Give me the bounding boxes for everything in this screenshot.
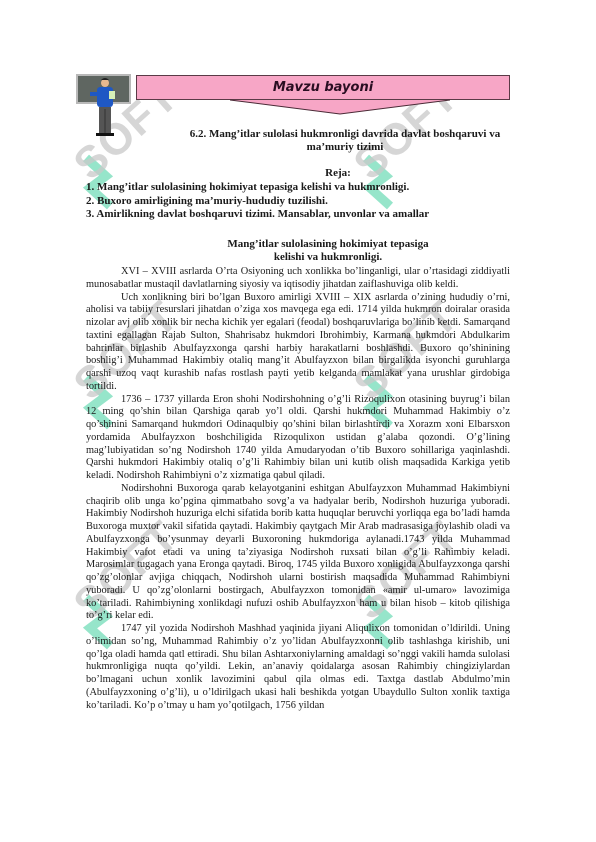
banner-title: Mavzu bayoni xyxy=(273,80,373,95)
plan-item: 3. Amirlikning davlat boshqaruvi tizimi.… xyxy=(86,208,429,222)
teacher-at-blackboard-icon xyxy=(76,74,131,138)
section-title-line2: kelishi va hukmronligi. xyxy=(60,251,596,264)
plan-item: 2. Buxoro amirligining ma’muriy-hududiy … xyxy=(86,195,429,209)
section-title: Mang’itlar sulolasining hokimiyat tepasi… xyxy=(0,238,596,264)
paragraph: Uch xonlikning biri bo’lgan Buxoro amirl… xyxy=(86,292,510,394)
chapter-title: 6.2. Mang’itlar sulolasi hukmronligi dav… xyxy=(170,128,520,154)
topic-banner: Mavzu bayoni xyxy=(136,75,510,100)
plan-list: 1. Mang’itlar sulolasining hokimiyat tep… xyxy=(86,181,429,222)
document-page: SOFT SOFT SOFT SOFT SOFT SOFT xyxy=(0,0,596,842)
plan-heading: Reja: xyxy=(0,167,596,179)
paragraph: Nodirshohni Buxoroga qarab kelayotganini… xyxy=(86,483,510,623)
plan-item: 1. Mang’itlar sulolasining hokimiyat tep… xyxy=(86,181,429,195)
paragraph: XVI – XVIII asrlarda O’rta Osiyoning uch… xyxy=(86,266,510,292)
section-title-line1: Mang’itlar sulolasining hokimiyat tepasi… xyxy=(60,238,596,251)
paragraph: 1736 – 1737 yillarda Eron shohi Nodirsho… xyxy=(86,394,510,483)
chapter-title-line2: ma’muriy tizimi xyxy=(170,141,520,154)
banner-arrow-icon xyxy=(230,99,450,115)
chapter-title-line1: 6.2. Mang’itlar sulolasi hukmronligi dav… xyxy=(170,128,520,141)
paragraph: 1747 yil yozida Nodirshoh Mashhad yaqini… xyxy=(86,623,510,712)
body-text: XVI – XVIII asrlarda O’rta Osiyoning uch… xyxy=(86,266,510,712)
